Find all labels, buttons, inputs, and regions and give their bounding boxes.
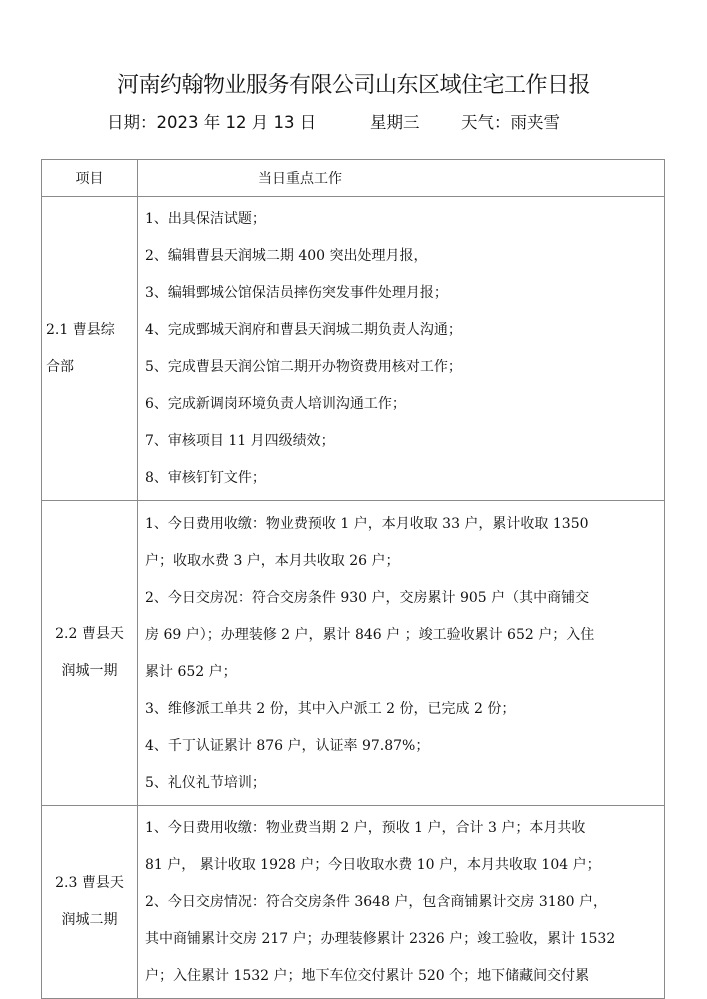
daily-report-table: 项目 当日重点工作 2.1 曹县综 合部 1、出具保洁试题； 2、编辑曹县天润城… [41, 159, 665, 999]
work-item: 8、审核钉钉文件； [145, 460, 657, 497]
work-item: 房 69 户）；办理装修 2 户，累计 846 户 ；竣工验收累计 652 户；… [145, 617, 657, 654]
row-label-line: 润城一期 [46, 653, 133, 690]
table-row: 2.1 曹县综 合部 1、出具保洁试题； 2、编辑曹县天润城二期 400 突出处… [42, 197, 665, 501]
work-item: 4、千丁认证累计 876 户，认证率 97.87%； [145, 728, 657, 765]
work-item: 6、完成新调岗环境负责人培训沟通工作； [145, 386, 657, 423]
row-content: 1、今日费用收缴：物业费当期 2 户，预收 1 户，合计 3 户；本月共收 81… [138, 806, 665, 999]
work-item: 3、编辑鄄城公馆保洁员摔伤突发事件处理月报； [145, 275, 657, 312]
work-item: 2、今日交房情况：符合交房条件 3648 户，包含商铺累计交房 3180 户， [145, 884, 657, 921]
table-row: 2.3 曹县天 润城二期 1、今日费用收缴：物业费当期 2 户，预收 1 户，合… [42, 806, 665, 999]
row-content: 1、今日费用收缴：物业费预收 1 户，本月收取 33 户，累计收取 1350 户… [138, 501, 665, 806]
work-item: 81 户， 累计收取 1928 户；今日收取水费 10 户，本月共收取 104 … [145, 847, 657, 884]
table-row: 2.2 曹县天 润城一期 1、今日费用收缴：物业费预收 1 户，本月收取 33 … [42, 501, 665, 806]
work-item: 户；收取水费 3 户，本月共收取 26 户； [145, 543, 657, 580]
row-label: 2.1 曹县综 合部 [42, 197, 138, 501]
header-item: 项目 [42, 160, 138, 197]
work-item: 1、出具保洁试题； [145, 201, 657, 238]
row-label-line: 润城二期 [46, 902, 133, 939]
work-item: 累计 652 户； [145, 654, 657, 691]
document-title: 河南约翰物业服务有限公司山东区域住宅工作日报 [0, 68, 707, 99]
work-item: 1、今日费用收缴：物业费预收 1 户，本月收取 33 户，累计收取 1350 [145, 506, 657, 543]
header-work: 当日重点工作 [138, 160, 665, 197]
report-date: 日期：2023 年 12 月 13 日 [107, 109, 316, 133]
row-label: 2.2 曹县天 润城一期 [42, 501, 138, 806]
work-item: 7、审核项目 11 月四级绩效； [145, 423, 657, 460]
work-item: 1、今日费用收缴：物业费当期 2 户，预收 1 户，合计 3 户；本月共收 [145, 810, 657, 847]
report-weekday: 星期三 [370, 109, 420, 133]
work-item: 2、编辑曹县天润城二期 400 突出处理月报， [145, 238, 657, 275]
work-item: 5、礼仪礼节培训； [145, 765, 657, 802]
row-label-line: 2.3 曹县天 [46, 865, 133, 902]
work-item: 5、完成曹县天润公馆二期开办物资费用核对工作； [145, 349, 657, 386]
row-label-line: 2.1 曹县综 [46, 312, 133, 349]
work-item: 其中商铺累计交房 217 户；办理装修累计 2326 户；竣工验收，累计 153… [145, 921, 657, 958]
report-weather: 天气：雨夹雪 [461, 109, 560, 133]
table-header-row: 项目 当日重点工作 [42, 160, 665, 197]
work-item: 3、维修派工单共 2 份，其中入户派工 2 份，已完成 2 份； [145, 691, 657, 728]
row-label-line: 2.2 曹县天 [46, 616, 133, 653]
work-item: 2、今日交房况：符合交房条件 930 户，交房累计 905 户（其中商铺交 [145, 580, 657, 617]
work-item: 4、完成鄄城天润府和曹县天润城二期负责人沟通； [145, 312, 657, 349]
work-item: 户；入住累计 1532 户；地下车位交付累计 520 个；地下储藏间交付累 [145, 958, 657, 995]
row-label: 2.3 曹县天 润城二期 [42, 806, 138, 999]
row-label-line: 合部 [46, 349, 133, 386]
row-content: 1、出具保洁试题； 2、编辑曹县天润城二期 400 突出处理月报， 3、编辑鄄城… [138, 197, 665, 501]
